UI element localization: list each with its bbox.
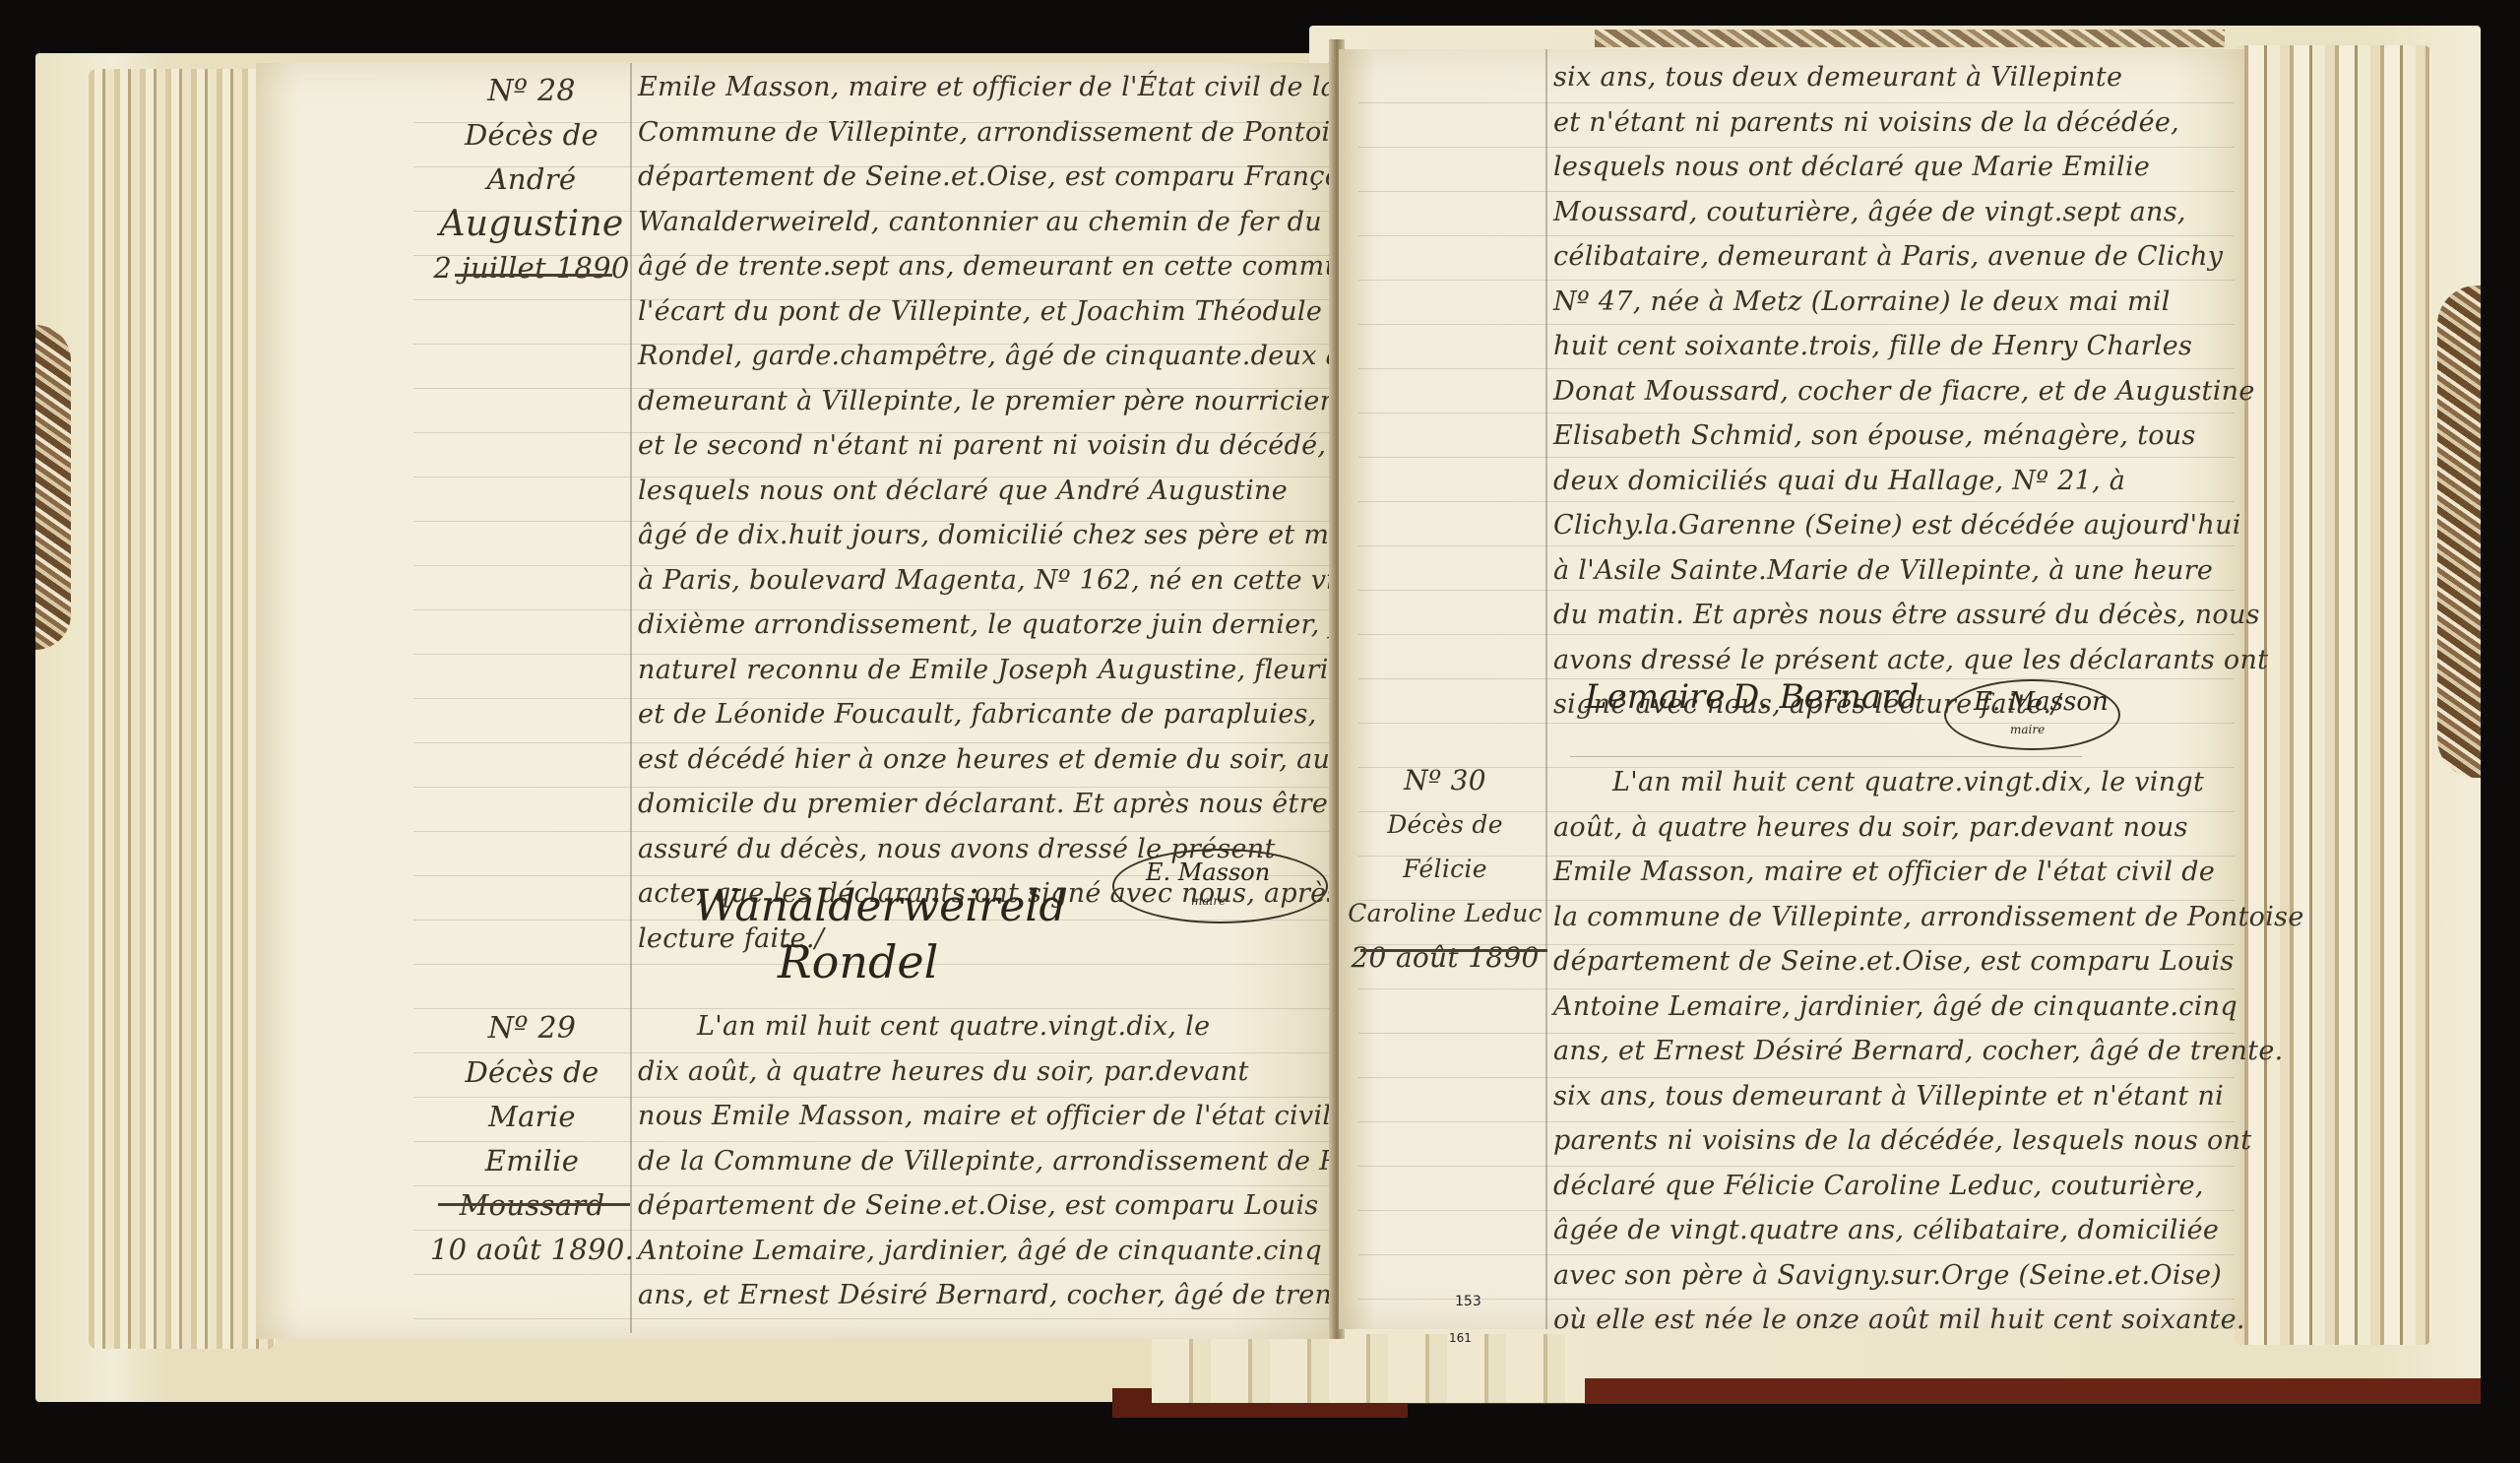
entry-title: Décès de Marie (421, 1050, 643, 1139)
page-stack-left (89, 69, 276, 1349)
entry-date: 2 juillet 1890 (433, 246, 630, 290)
text-line: L'an mil huit cent quatre.vingt.dix, le … (1553, 760, 2304, 805)
mayor-signature-oval-2: E. Masson maire (1944, 679, 2120, 750)
entry-28-margin-rule (455, 274, 612, 277)
text-line: et n'étant ni parents ni voisins de la d… (1553, 100, 2268, 146)
text-line: Emile Masson, maire et officier de l'éta… (1553, 850, 2304, 895)
entry-number: Nº 30 (1347, 758, 1543, 802)
text-line: et le second n'étant ni parent ni voisin… (638, 423, 1410, 469)
entry-29-continuation: six ans, tous deux demeurant à Villepint… (1553, 55, 2268, 728)
mayor-signature: E. Masson (1146, 859, 1270, 886)
signature-rondel: Rondel (778, 935, 938, 988)
text-line: Rondel, garde.champêtre, âgé de cinquant… (638, 334, 1410, 379)
text-line: avons dressé le présent acte, que les dé… (1553, 638, 2268, 683)
mayor-signature-oval: E. Masson maire (1112, 849, 1328, 923)
text-line: Donat Moussard, cocher de fiacre, et de … (1553, 369, 2268, 414)
text-line: Moussard, couturière, âgée de vingt.sept… (1553, 190, 2268, 235)
marbled-endpaper-left (35, 325, 71, 650)
entry-29-body: L'an mil huit cent quatre.vingt.dix, le … (638, 1004, 1436, 1318)
text-line: de la Commune de Villepinte, arrondissem… (638, 1139, 1436, 1184)
text-line: L'an mil huit cent quatre.vingt.dix, le (638, 1004, 1436, 1050)
mayor-stamp-label: maire (1191, 894, 1226, 908)
entry-29-margin-rule (438, 1203, 630, 1206)
page-number: 153 (1455, 1294, 1481, 1309)
text-line: ans, et Ernest Désiré Bernard, cocher, â… (638, 1273, 1436, 1318)
text-line: dix août, à quatre heures du soir, par.d… (638, 1050, 1436, 1095)
text-line: Emile Masson, maire et officier de l'Éta… (638, 65, 1410, 110)
text-line: naturel reconnu de Emile Joseph Augustin… (638, 648, 1410, 693)
text-line: lesquels nous ont déclaré que André Augu… (638, 469, 1410, 514)
entry-28-margin: Nº 28 Décès de André Augustine 2 juillet… (433, 69, 630, 290)
entry-28-body: Emile Masson, maire et officier de l'Éta… (638, 65, 1410, 961)
text-line: Wanalderweireld, cantonnier au chemin de… (638, 200, 1410, 245)
text-line: et de Léonide Foucault, fabricante de pa… (638, 692, 1410, 737)
text-line: six ans, tous demeurant à Villepinte et … (1553, 1074, 2304, 1119)
text-line: dixième arrondissement, le quatorze juin… (638, 603, 1410, 648)
text-line: Clichy.la.Garenne (Seine) est décédée au… (1553, 503, 2268, 548)
marbled-endpaper-right (2437, 286, 2481, 778)
text-line: département de Seine.et.Oise, est compar… (1553, 939, 2304, 985)
entry-title: Décès de André (433, 113, 630, 202)
text-line: avec son père à Savigny.sur.Orge (Seine.… (1553, 1253, 2304, 1299)
binding-tabs (1152, 1334, 1585, 1403)
page-number-below: 161 (1449, 1331, 1472, 1345)
entry-title-name: Augustine (433, 202, 630, 246)
entry-title-name: Emilie Moussard (421, 1139, 643, 1228)
text-line: Nº 47, née à Metz (Lorraine) le deux mai… (1553, 280, 2268, 325)
text-line: huit cent soixante.trois, fille de Henry… (1553, 324, 2268, 369)
entry-separator (1570, 756, 2082, 757)
entry-date: 10 août 1890. (421, 1228, 643, 1272)
text-line: lesquels nous ont déclaré que Marie Emil… (1553, 145, 2268, 190)
text-line: déclaré que Félicie Caroline Leduc, cout… (1553, 1164, 2304, 1209)
text-line: Antoine Lemaire, jardinier, âgé de cinqu… (1553, 985, 2304, 1030)
mayor-signature: E. Masson (1974, 687, 2109, 717)
signature-wanalderweireld: Wanalderweireld (694, 881, 1067, 931)
text-line: six ans, tous deux demeurant à Villepint… (1553, 55, 2268, 100)
text-line: l'écart du pont de Villepinte, et Joachi… (638, 289, 1410, 335)
entry-30-margin: Nº 30 Décès de Félicie Caroline Leduc 20… (1347, 758, 1543, 980)
text-line: âgée de vingt.quatre ans, célibataire, d… (1553, 1208, 2304, 1253)
text-line: nous Emile Masson, maire et officier de … (638, 1094, 1436, 1139)
text-line: à Paris, boulevard Magenta, Nº 162, né e… (638, 558, 1410, 604)
text-line: Elisabeth Schmid, son épouse, ménagère, … (1553, 413, 2268, 459)
entry-date: 20 août 1890 (1347, 935, 1543, 980)
entry-30-body: L'an mil huit cent quatre.vingt.dix, le … (1553, 760, 2304, 1343)
text-line: où elle est née le onze août mil huit ce… (1553, 1298, 2304, 1343)
text-line: département de Seine.et.Oise, est compar… (638, 1183, 1436, 1229)
signature-bernard: D. Bernard (1732, 677, 1919, 717)
text-line: domicile du premier déclarant. Et après … (638, 782, 1410, 827)
text-line: la commune de Villepinte, arrondissement… (1553, 895, 2304, 940)
text-line: département de Seine.et.Oise, est compar… (638, 155, 1410, 200)
right-page-margin-line (1545, 49, 1547, 1329)
text-line: est décédé hier à onze heures et demie d… (638, 737, 1410, 783)
text-line: parents ni voisins de la décédée, lesque… (1553, 1118, 2304, 1164)
text-line: âgé de trente.sept ans, demeurant en cet… (638, 244, 1410, 289)
text-line: demeurant à Villepinte, le premier père … (638, 379, 1410, 424)
entry-number: Nº 28 (433, 69, 630, 113)
text-line: Commune de Villepinte, arrondissement de… (638, 110, 1410, 156)
mayor-stamp-label: maire (2010, 723, 2045, 736)
text-line: à l'Asile Sainte.Marie de Villepinte, à … (1553, 548, 2268, 594)
text-line: Antoine Lemaire, jardinier, âgé de cinqu… (638, 1229, 1436, 1274)
signature-lemaire: Lemaire (1585, 677, 1725, 717)
entry-30-margin-rule (1360, 949, 1547, 952)
text-line: du matin. Et après nous être assuré du d… (1553, 593, 2268, 638)
text-line: août, à quatre heures du soir, par.devan… (1553, 805, 2304, 851)
entry-number: Nº 29 (421, 1006, 643, 1050)
entry-title: Décès de Félicie (1347, 802, 1543, 891)
marbled-edge-top (1595, 30, 2225, 47)
entry-title-name: Caroline Leduc (1347, 891, 1543, 935)
text-line: âgé de dix.huit jours, domicilié chez se… (638, 513, 1410, 558)
text-line: deux domiciliés quai du Hallage, Nº 21, … (1553, 459, 2268, 504)
text-line: célibataire, demeurant à Paris, avenue d… (1553, 234, 2268, 280)
text-line: ans, et Ernest Désiré Bernard, cocher, â… (1553, 1029, 2304, 1074)
entry-29-margin: Nº 29 Décès de Marie Emilie Moussard 10 … (421, 1006, 643, 1272)
